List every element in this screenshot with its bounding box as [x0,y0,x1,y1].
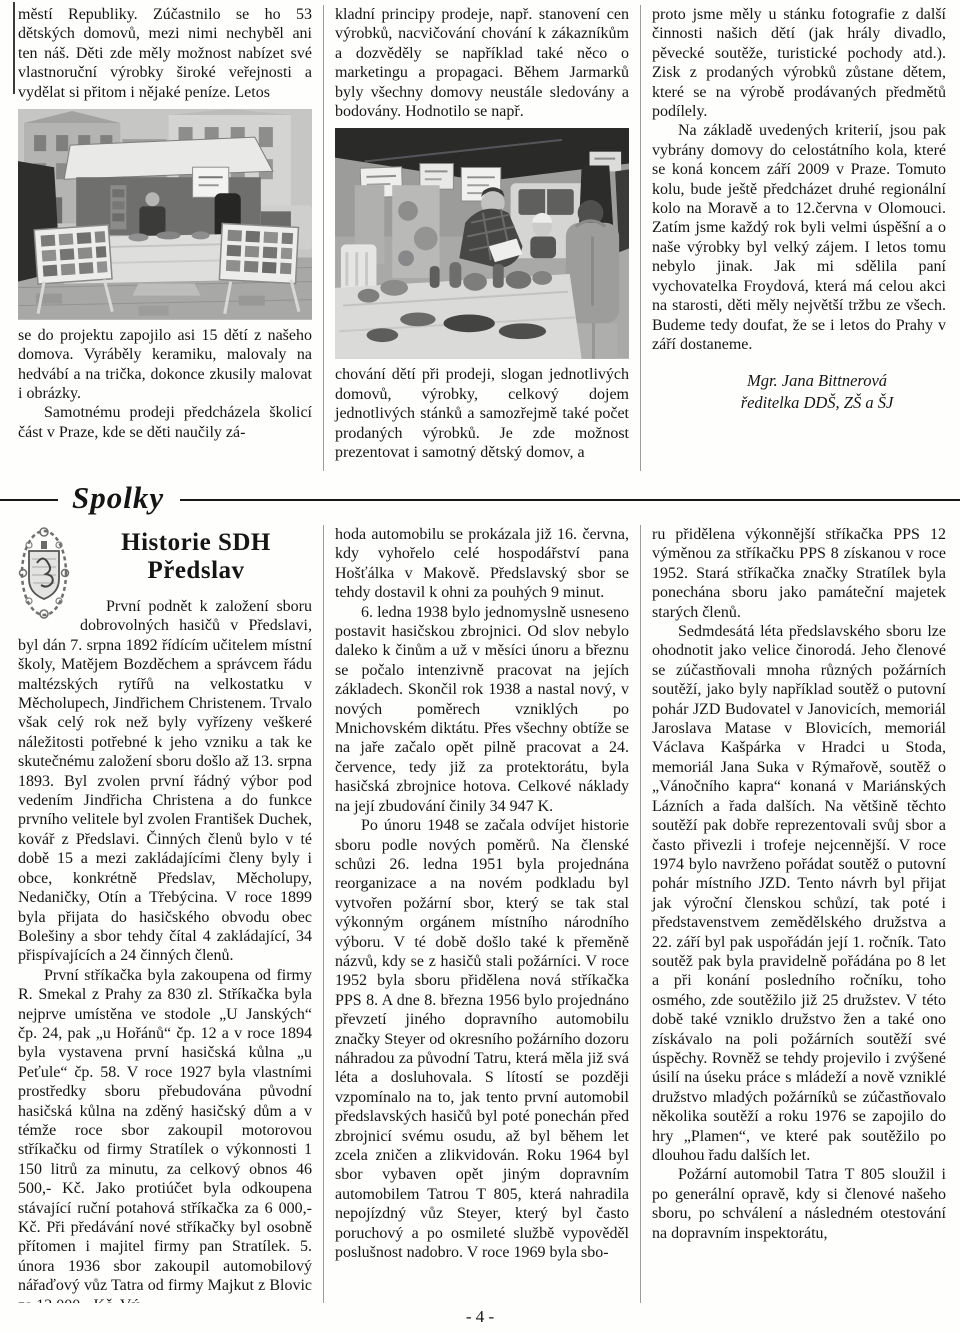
signature-role: ředitelka DDŠ, ZŠ a ŠJ [688,392,946,414]
column-rule-fragment [13,2,15,94]
paragraph: První podnět k založení sboru dobrovolný… [18,597,312,966]
history-column-1: Historie SDH Předslav První podnět k zal… [14,525,323,1303]
signature-name: Mgr. Jana Bittnerová [688,370,946,392]
top-article-column-3: proto jsme měly u stánku fotografie z da… [640,5,946,471]
article-signature: Mgr. Jana Bittnerová ředitelka DDŠ, ZŠ a… [652,370,946,414]
paragraph: Na základě uvedených kriterií, jsou pak … [652,121,946,354]
sdh-crest-graphic [18,527,70,619]
paragraph: Požární automobil Tatra T 805 sloužil i … [652,1165,946,1243]
market-stall-photo [18,109,312,320]
history-column-2: hoda automobilu se prokázala již 16. čer… [323,525,640,1303]
top-article: městí Republiky. Zúčastnilo se ho 53 dět… [0,5,960,471]
divider-rule-right [180,499,960,501]
top-article-column-2: kladní principy prodeje, např. stanovení… [323,5,640,471]
paragraph: chování dětí při prodeji, slogan jednotl… [335,365,629,462]
sdh-crest-emblem [18,527,70,619]
top-article-column-1: městí Republiky. Zúčastnilo se ho 53 dět… [14,5,323,471]
paragraph: ru přidělena výkonnější stříkačka PPS 12… [652,525,946,622]
paragraph: Po únoru 1948 se začala odvíjet historie… [335,816,629,1262]
paragraph: 6. ledna 1938 bylo jednomyslně usneseno … [335,603,629,816]
newsletter-page: městí Republiky. Zúčastnilo se ho 53 dět… [0,0,960,1333]
page-number: - 4 - [0,1307,960,1327]
paragraph: Sedmdesátá léta předslavského sboru lze … [652,622,946,1165]
history-column-3: ru přidělena výkonnější stříkačka PPS 12… [640,525,946,1303]
paragraph: kladní principy prodeje, např. stanovení… [335,5,629,121]
market-stall-photo-graphic [18,109,312,320]
divider-rule-left [0,499,58,501]
paragraph: Samotnému prodeji předcházela školicí čá… [18,403,312,442]
paragraph: hoda automobilu se prokázala již 16. čer… [335,525,629,603]
section-divider: Spolky [0,479,960,521]
history-article: Historie SDH Předslav První podnět k zal… [0,525,960,1303]
paragraph: městí Republiky. Zúčastnilo se ho 53 dět… [18,5,312,102]
paragraph: se do projektu zapojilo asi 15 dětí z na… [18,326,312,404]
ceramics-sale-photo-graphic [335,128,629,359]
paragraph: proto jsme měly u stánku fotografie z da… [652,5,946,121]
ceramics-sale-photo [335,128,629,359]
section-title: Spolky [58,480,180,520]
paragraph: První stříkačka byla zakoupena od firmy … [18,966,312,1303]
